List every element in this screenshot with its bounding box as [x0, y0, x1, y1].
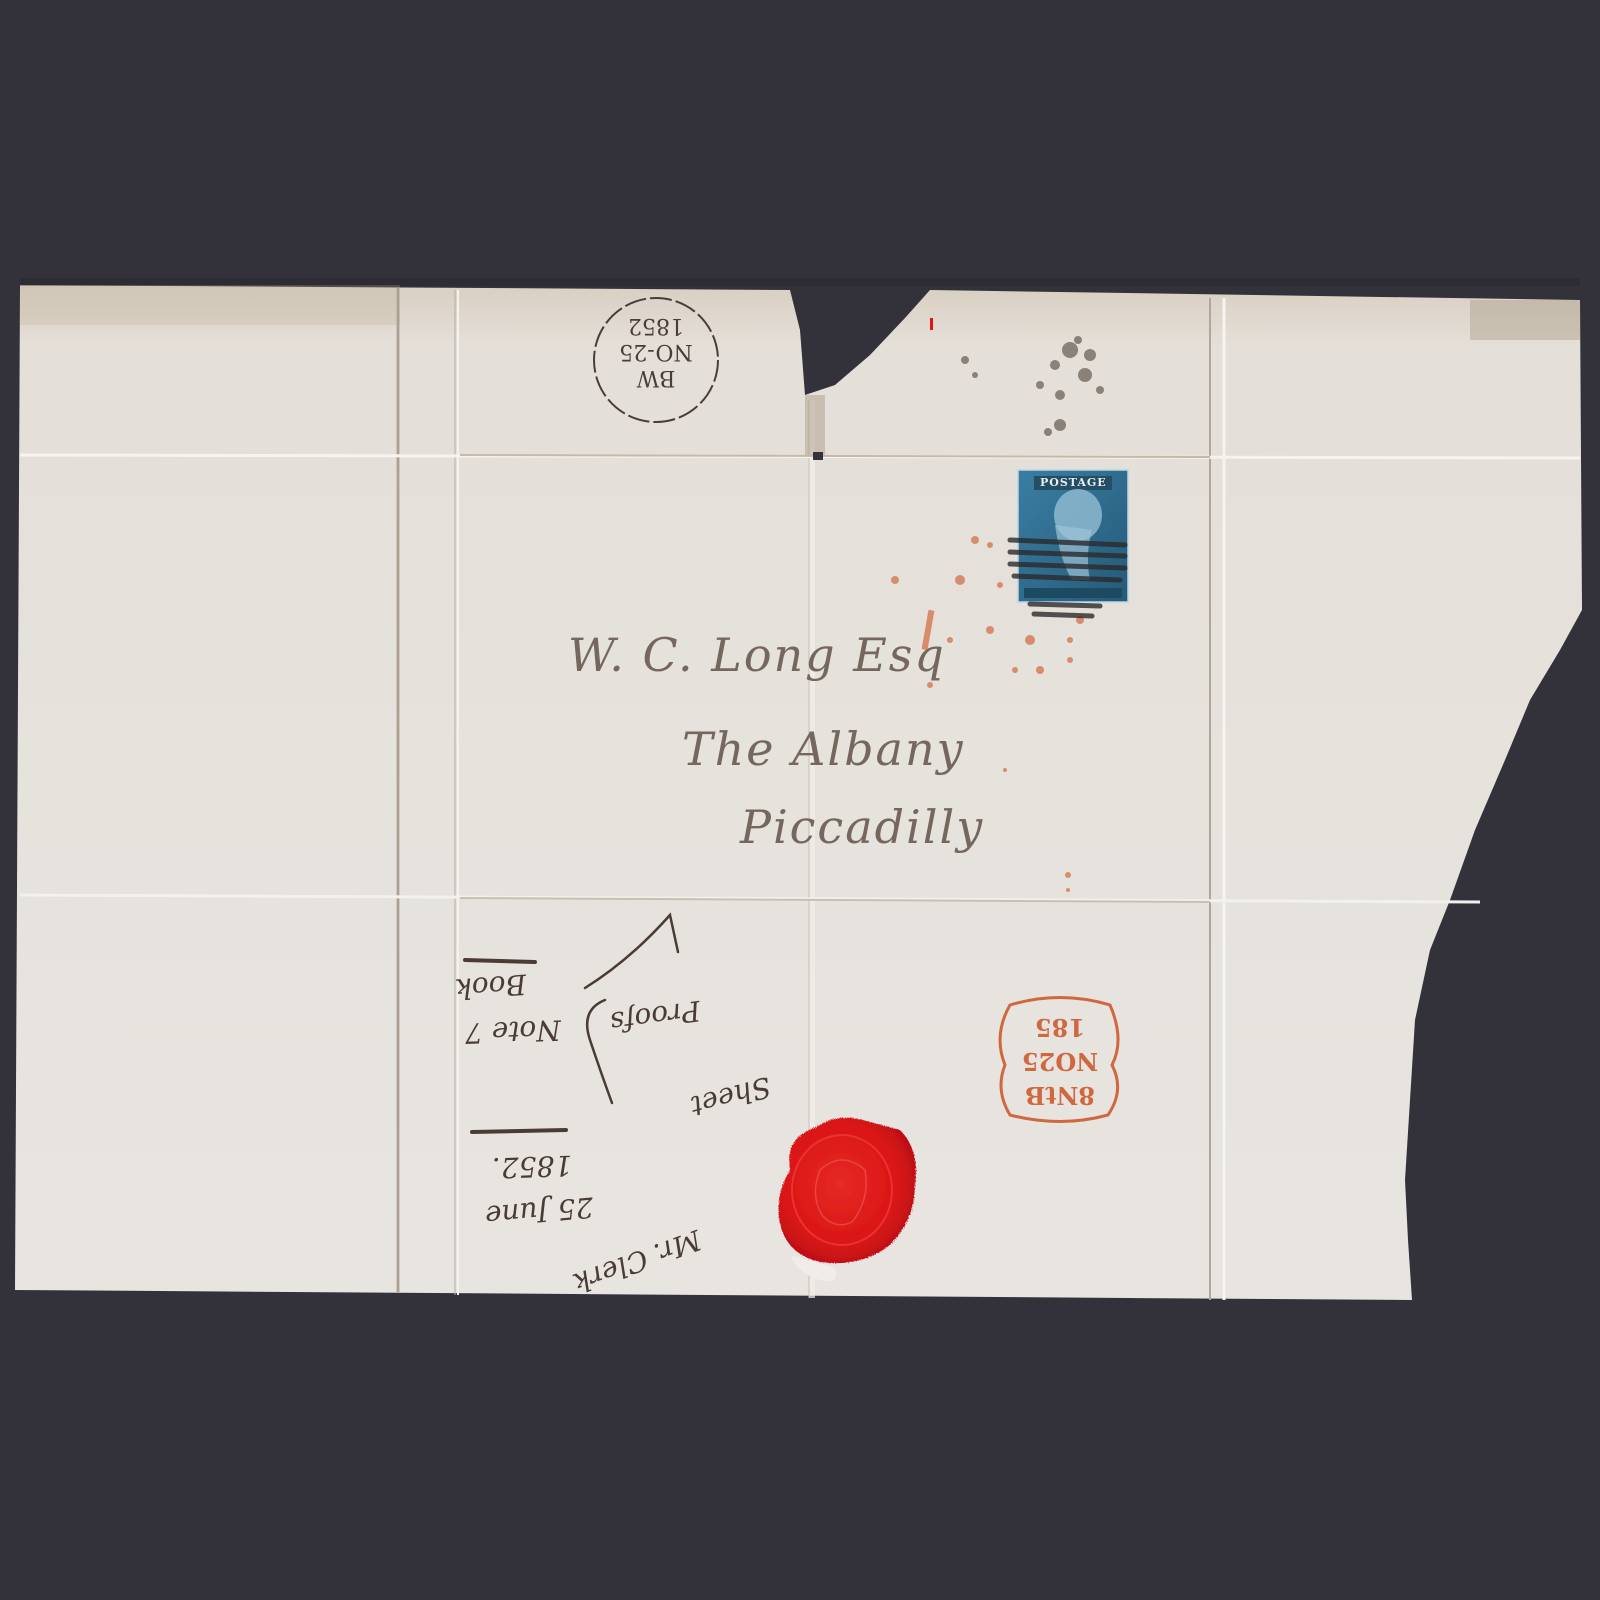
black-postmark-line-1: BW: [606, 364, 706, 390]
docket-line-6: Note 7: [464, 1013, 561, 1049]
address-line-building: The Albany: [682, 722, 965, 776]
postage-stamp: [1010, 470, 1128, 616]
black-postmark-line-2: NO-25: [606, 338, 706, 364]
address-line-street: Piccadilly: [740, 800, 984, 854]
red-postmark-line-1: 8NtB: [1010, 1078, 1110, 1112]
black-postmark-text: BW NO-25 1852: [606, 312, 706, 390]
address-line-name: W. C. Long Esq: [568, 628, 946, 682]
stamp-postage-label: POSTAGE: [1040, 476, 1107, 489]
docket-line-3: 1852.: [491, 1149, 572, 1185]
red-postmark-line-2: NO25: [1010, 1044, 1110, 1078]
red-postmark-line-3: 185: [1010, 1010, 1110, 1044]
black-postmark-line-3: 1852: [606, 312, 706, 338]
red-postmark-text: 8NtB NO25 185: [1010, 1010, 1110, 1112]
docket-line-7: Book: [454, 968, 527, 1006]
